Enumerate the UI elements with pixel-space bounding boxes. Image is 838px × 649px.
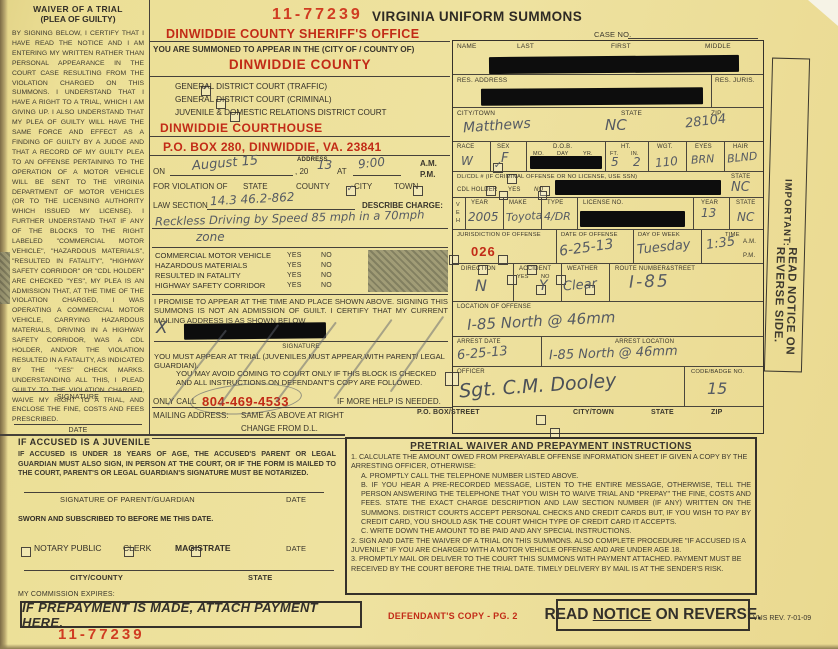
- cell-divider: [648, 142, 649, 172]
- weather-handwritten: Clear: [562, 277, 597, 295]
- agency-name: DINWIDDIE COUNTY SHERIFF'S OFFICE: [166, 27, 419, 41]
- violation-state-label: STATE: [243, 182, 268, 191]
- ht-label: HT.: [621, 144, 631, 150]
- location-handwritten: I-85 North @ 46mm: [467, 308, 616, 334]
- pretrial-box: PRETRIAL WAIVER AND PREPAYMENT INSTRUCTI…: [345, 437, 757, 595]
- dl-redaction: [555, 180, 721, 195]
- height-in-handwritten: 2: [633, 155, 641, 169]
- cell-divider: [724, 142, 725, 172]
- defendant-panel: NAME LAST FIRST MIDDLE RES. ADDRESS RES.…: [452, 40, 764, 434]
- res-address-label: RES. ADDRESS: [457, 77, 507, 84]
- cell-divider: [711, 75, 712, 108]
- dob-redaction: [530, 156, 602, 169]
- rule-line: [152, 294, 448, 295]
- accident-yes-label: YES: [517, 274, 529, 280]
- shaded-block: [368, 250, 448, 292]
- rule-line: [152, 407, 452, 408]
- signature-x-mark: X: [156, 318, 168, 338]
- violation-county-label: COUNTY: [296, 182, 330, 191]
- city-county-line: [24, 570, 334, 571]
- cell-divider: [686, 142, 687, 172]
- pretrial-title: PRETRIAL WAIVER AND PREPAYMENT INSTRUCTI…: [351, 441, 751, 452]
- badge-handwritten: 15: [707, 379, 727, 398]
- pretrial-line: 2. SIGN AND DATE THE WAIVER OF A TRIAL O…: [351, 536, 751, 555]
- sworn-text: SWORN AND SUBSCRIBED TO BEFORE ME THIS D…: [18, 514, 213, 523]
- corner-fold: [808, 0, 838, 26]
- signature-redaction: [184, 322, 326, 339]
- promise-text: I PROMISE TO APPEAR AT THE TIME AND PLAC…: [154, 297, 448, 325]
- defendant-signature-label: SIGNATURE: [154, 343, 448, 350]
- time-am-label: A.M.: [743, 239, 756, 245]
- day-of-week-label: DAY OF WEEK: [638, 232, 680, 238]
- side-important-text: IMPORTANT:: [781, 179, 794, 247]
- waiver-title: WAIVER OF A TRIAL: [8, 4, 148, 14]
- at-label: AT: [337, 167, 347, 176]
- violation-city-label: CITY: [354, 182, 372, 191]
- jurisdiction-code: 026: [471, 244, 496, 259]
- waiver-subtitle: (PLEA OF GUILTY): [8, 14, 148, 24]
- county-name: DINWIDDIE COUNTY: [150, 57, 450, 72]
- cell-divider: [729, 198, 730, 230]
- veh-make-handwritten: Toyota: [506, 209, 543, 225]
- hazmat-flag-label: HAZARDOUS MATERIALS: [155, 261, 247, 270]
- postal-city-label: CITY/TOWN: [573, 409, 614, 416]
- parent-signature-label: SIGNATURE OF PARENT/GUARDIAN: [60, 495, 195, 504]
- direction-label: DIRECTION: [461, 266, 496, 272]
- dl-state-handwritten: NC: [731, 180, 750, 195]
- juvenile-body-text: IF ACCUSED IS UNDER 18 YEARS OF AGE, THE…: [18, 449, 336, 478]
- res-juris-label: RES. JURIS.: [715, 77, 755, 84]
- violation-town-label: TOWN: [394, 182, 418, 191]
- last-label: LAST: [517, 43, 534, 50]
- name-row: NAME LAST FIRST MIDDLE: [453, 41, 763, 74]
- veh-make-label: MAKE: [509, 200, 527, 206]
- city-handwritten: Matthews: [463, 116, 532, 137]
- signature-line: [14, 391, 142, 392]
- yes-label: YES: [287, 272, 302, 279]
- jurisdiction-row: JURISDICTION OF OFFENSE DATE OF OFFENSE …: [453, 229, 763, 264]
- am-label: A.M.: [420, 159, 437, 168]
- cell-divider: [684, 367, 685, 407]
- date-label: DATE: [8, 427, 148, 434]
- hair-label: HAIR: [733, 144, 748, 150]
- summons-document: WAIVER OF A TRIAL (PLEA OF GUILTY) BY SI…: [0, 0, 838, 649]
- cell-divider: [609, 264, 610, 302]
- city-row: CITY/TOWN STATE ZIP Matthews NC 28104: [453, 107, 763, 142]
- cell-divider: [526, 142, 527, 172]
- prepayment-box: IF PREPAYMENT IS MADE, ATTACH PAYMENT HE…: [20, 601, 362, 628]
- summons-number-top: 11-77239: [272, 6, 363, 24]
- tag-state-label: STATE: [736, 200, 755, 206]
- scan-artifact: [0, 252, 10, 304]
- notary-checkbox: [21, 547, 31, 557]
- veh-year-handwritten: 2005: [468, 210, 499, 224]
- signature-line: [154, 341, 448, 342]
- res-address-row: RES. ADDRESS RES. JURIS.: [453, 74, 763, 108]
- mailing-address-label: MAILING ADDRESS:: [153, 411, 229, 420]
- waiver-body-text: BY SIGNING BELOW, I CERTIFY THAT I HAVE …: [12, 29, 144, 425]
- courthouse-name: DINWIDDIE COURTHOUSE: [160, 121, 323, 135]
- sex-label: SEX: [497, 144, 510, 150]
- rule-line: [150, 41, 450, 42]
- court-jdr-label: JUVENILE & DOMESTIC RELATIONS DISTRICT C…: [175, 108, 387, 117]
- direction-handwritten: N: [475, 276, 487, 295]
- license-redaction: [580, 211, 685, 227]
- height-ft-handwritten: 5: [611, 155, 619, 169]
- scan-edge-left: [0, 0, 8, 649]
- location-label: LOCATION OF OFFENSE: [457, 304, 531, 310]
- appear-line: YOU ARE SUMMONED TO APPEAR IN THE (CITY …: [153, 45, 414, 54]
- dob-label: D.O.B.: [553, 144, 572, 150]
- officer-label: OFFICER: [457, 369, 485, 375]
- officer-row: OFFICER CODE/BADGE NO. Sgt. C.M. Dooley …: [453, 366, 763, 407]
- parent-date-label: DATE: [286, 495, 306, 504]
- name-redaction: [489, 55, 739, 74]
- on-label: ON: [153, 167, 165, 176]
- cdl-yes-label: YES: [508, 187, 521, 193]
- cell-divider: [513, 264, 514, 302]
- side-notice-box: IMPORTANT: READ NOTICE ON REVERSE SIDE.: [764, 58, 810, 373]
- location-row: LOCATION OF OFFENSE I-85 North @ 46mm: [453, 301, 763, 337]
- cdl-holder-label: CDL HOLDER: [457, 187, 497, 193]
- cell-divider: [693, 198, 694, 230]
- name-label: NAME: [457, 43, 477, 50]
- po-box-street-label: P.O. BOX/STREET: [417, 409, 480, 416]
- address-redaction: [481, 87, 703, 106]
- postal-row: P.O. BOX/STREET CITY/TOWN STATE ZIP: [453, 406, 763, 432]
- sex-handwritten: F: [501, 151, 508, 166]
- notary-label: NOTARY PUBLIC: [34, 543, 102, 553]
- eyes-handwritten: BRN: [691, 152, 715, 167]
- clerk-label: CLERK: [123, 543, 151, 553]
- avoid-court-text: YOU MAY AVOID COMING TO COURT ONLY IF TH…: [176, 369, 448, 388]
- rule-line: [150, 136, 450, 137]
- middle-label: MIDDLE: [705, 43, 731, 50]
- date-underline: [170, 175, 293, 176]
- violation-label: FOR VIOLATION OF: [153, 182, 228, 191]
- parent-signature-line: [24, 492, 324, 493]
- prepayment-text: IF PREPAYMENT IS MADE, ATTACH PAYMENT HE…: [22, 600, 360, 630]
- charge-underline: [152, 228, 448, 229]
- city-county-label: CITY/COUNTY: [70, 573, 123, 582]
- badge-label: CODE/BADGE NO.: [691, 369, 744, 375]
- cell-divider: [541, 337, 542, 367]
- pretrial-line: B. IF YOU HEAR A PRE-RECORDED MESSAGE, L…: [351, 480, 751, 526]
- more-help-label: IF MORE HELP IS NEEDED.: [337, 397, 441, 406]
- jurisdiction-label: JURISDICTION OF OFFENSE: [457, 232, 541, 238]
- rule-line: [152, 247, 448, 248]
- summons-number-bottom: 11-77239: [58, 626, 145, 643]
- read-notice-box: READ NOTICE ON REVERSE.: [556, 599, 750, 631]
- law-section-label: LAW SECTION: [153, 201, 208, 210]
- year-prefix: , 20: [295, 167, 308, 176]
- signature-label: SIGNATURE: [8, 394, 148, 401]
- no-label: NO: [321, 282, 332, 289]
- pm-label: P.M.: [420, 170, 435, 179]
- first-label: FIRST: [611, 43, 631, 50]
- court-criminal-label: GENERAL DISTRICT COURT (CRIMINAL): [175, 95, 332, 104]
- change-dl-label: CHANGE FROM D.L.: [241, 424, 318, 433]
- time-pm-label: P.M.: [743, 253, 755, 259]
- case-no-label: CASE NO.: [594, 30, 631, 39]
- scan-edge-bottom: [0, 644, 838, 649]
- city-town-label: CITY/TOWN: [457, 110, 495, 117]
- no-label: NO: [321, 272, 332, 279]
- rule-line: [150, 155, 450, 156]
- pretrial-line: 3. PROMPTLY MAIL OR DELIVER TO THE COURT…: [351, 554, 751, 573]
- day-of-week-handwritten: Tuesday: [636, 237, 691, 258]
- side-read-notice-text: READ NOTICE ON REVERSE SIDE.: [771, 247, 798, 372]
- case-no-line: [628, 38, 758, 39]
- yes-label: YES: [287, 252, 302, 259]
- fatality-flag-label: RESULTED IN FATALITY: [155, 271, 241, 280]
- rule-line: [150, 76, 450, 77]
- hearing-date-handwritten: August 15: [191, 153, 258, 174]
- hair-handwritten: BLND: [726, 149, 758, 165]
- veh-type-handwritten: 4/DR: [544, 210, 571, 223]
- weather-label: WEATHER: [567, 266, 598, 272]
- law-section-handwritten: 14.3 46.2-862: [210, 190, 295, 208]
- date-line: [14, 424, 142, 425]
- same-as-label: SAME AS ABOVE AT RIGHT: [241, 411, 344, 420]
- vehicle-row: VEH YEAR MAKE TYPE LICENSE NO. YEAR STAT…: [453, 197, 763, 230]
- wgt-label: WGT.: [657, 144, 673, 150]
- no-label: NO: [321, 262, 332, 269]
- cmv-flag-label: COMMERCIAL MOTOR VEHICLE: [155, 251, 271, 260]
- cdl-no-label: NO: [534, 187, 543, 193]
- tag-year-handwritten: 13: [701, 206, 716, 220]
- cell-divider: [577, 198, 578, 230]
- commission-label: MY COMMISSION EXPIRES:: [18, 591, 115, 598]
- postal-state-label: STATE: [651, 409, 674, 416]
- hearing-year-handwritten: 13: [317, 158, 332, 172]
- accident-label: ACCIDENT: [519, 266, 551, 272]
- hearing-time-handwritten: 9:00: [357, 155, 385, 172]
- pretrial-line: A. PROMPTLY CALL THE TELEPHONE NUMBER LI…: [351, 471, 751, 480]
- state-handwritten: NC: [605, 116, 627, 134]
- pretrial-line: C. WRITE DOWN THE AMOUNT TO BE PAID AND …: [351, 526, 751, 535]
- veh-type-label: TYPE: [547, 200, 563, 206]
- yes-label: YES: [287, 262, 302, 269]
- court-traffic-label: GENERAL DISTRICT COURT (TRAFFIC): [175, 82, 327, 91]
- divider: [0, 434, 345, 436]
- charge-handwritten-line2: zone: [196, 230, 225, 244]
- magistrate-label: MAGISTRATE: [175, 543, 231, 553]
- corridor-flag-label: HIGHWAY SAFETY CORRIDOR: [155, 281, 265, 290]
- cell-divider: [556, 230, 557, 264]
- state-label: STATE: [248, 573, 272, 582]
- time-underline: [353, 175, 401, 176]
- physical-row: RACE SEX D.O.B. MO. DAY YR. HT. FT. IN. …: [453, 141, 763, 172]
- form-revision-label: VUS REV. 7-01-09: [753, 615, 811, 622]
- tag-state-handwritten: NC: [737, 210, 754, 224]
- cell-divider: [633, 230, 634, 264]
- defendants-copy-label: DEFENDANT'S COPY - PG. 2: [388, 611, 518, 621]
- read-notice-text: READ NOTICE ON REVERSE.: [544, 606, 761, 624]
- veh-label: VEH: [456, 201, 462, 225]
- cell-divider: [503, 198, 504, 230]
- court-address: P.O. BOX 280, DINWIDDIE, VA. 23841: [163, 140, 382, 154]
- weight-handwritten: 110: [654, 154, 678, 170]
- cell-divider: [605, 142, 606, 172]
- form-title: VIRGINIA UNIFORM SUMMONS: [372, 9, 582, 24]
- offense-time-handwritten: 1:35: [705, 234, 736, 253]
- direction-row: DIRECTION ACCIDENT YES NO WEATHER ROUTE …: [453, 263, 763, 302]
- postal-zip-label: ZIP: [711, 409, 723, 416]
- accident-handwritten: Y: [539, 278, 548, 294]
- no-label: NO: [321, 252, 332, 259]
- arrest-row: ARREST DATE ARREST LOCATION 6-25-13 I-85…: [453, 336, 763, 367]
- arrest-date-handwritten: 6-25-13: [456, 344, 508, 363]
- charge-handwritten-line1: Reckless Driving by Speed 85 mph in a 70…: [155, 207, 425, 228]
- offense-date-handwritten: 6-25-13: [558, 236, 614, 259]
- zip-handwritten: 28104: [684, 112, 727, 132]
- route-handwritten: I-85: [629, 271, 670, 292]
- race-label: RACE: [457, 144, 474, 150]
- dl-row: DL/CDL # (IF CRIMINAL OFFENSE OR NO LICE…: [453, 171, 763, 198]
- yes-label: YES: [287, 282, 302, 289]
- arrest-location-handwritten: I-85 North @ 46mm: [549, 344, 678, 363]
- veh-year-label: YEAR: [471, 200, 488, 206]
- notary-date-label: DATE: [286, 544, 306, 553]
- cell-divider: [465, 198, 466, 230]
- eyes-label: EYES: [695, 144, 712, 150]
- cell-divider: [490, 142, 491, 172]
- race-handwritten: W: [461, 154, 473, 168]
- cell-divider: [701, 230, 702, 264]
- pretrial-line: 1. CALCULATE THE AMOUNT OWED FROM PREPAY…: [351, 452, 751, 471]
- license-label: LICENSE NO.: [583, 200, 623, 206]
